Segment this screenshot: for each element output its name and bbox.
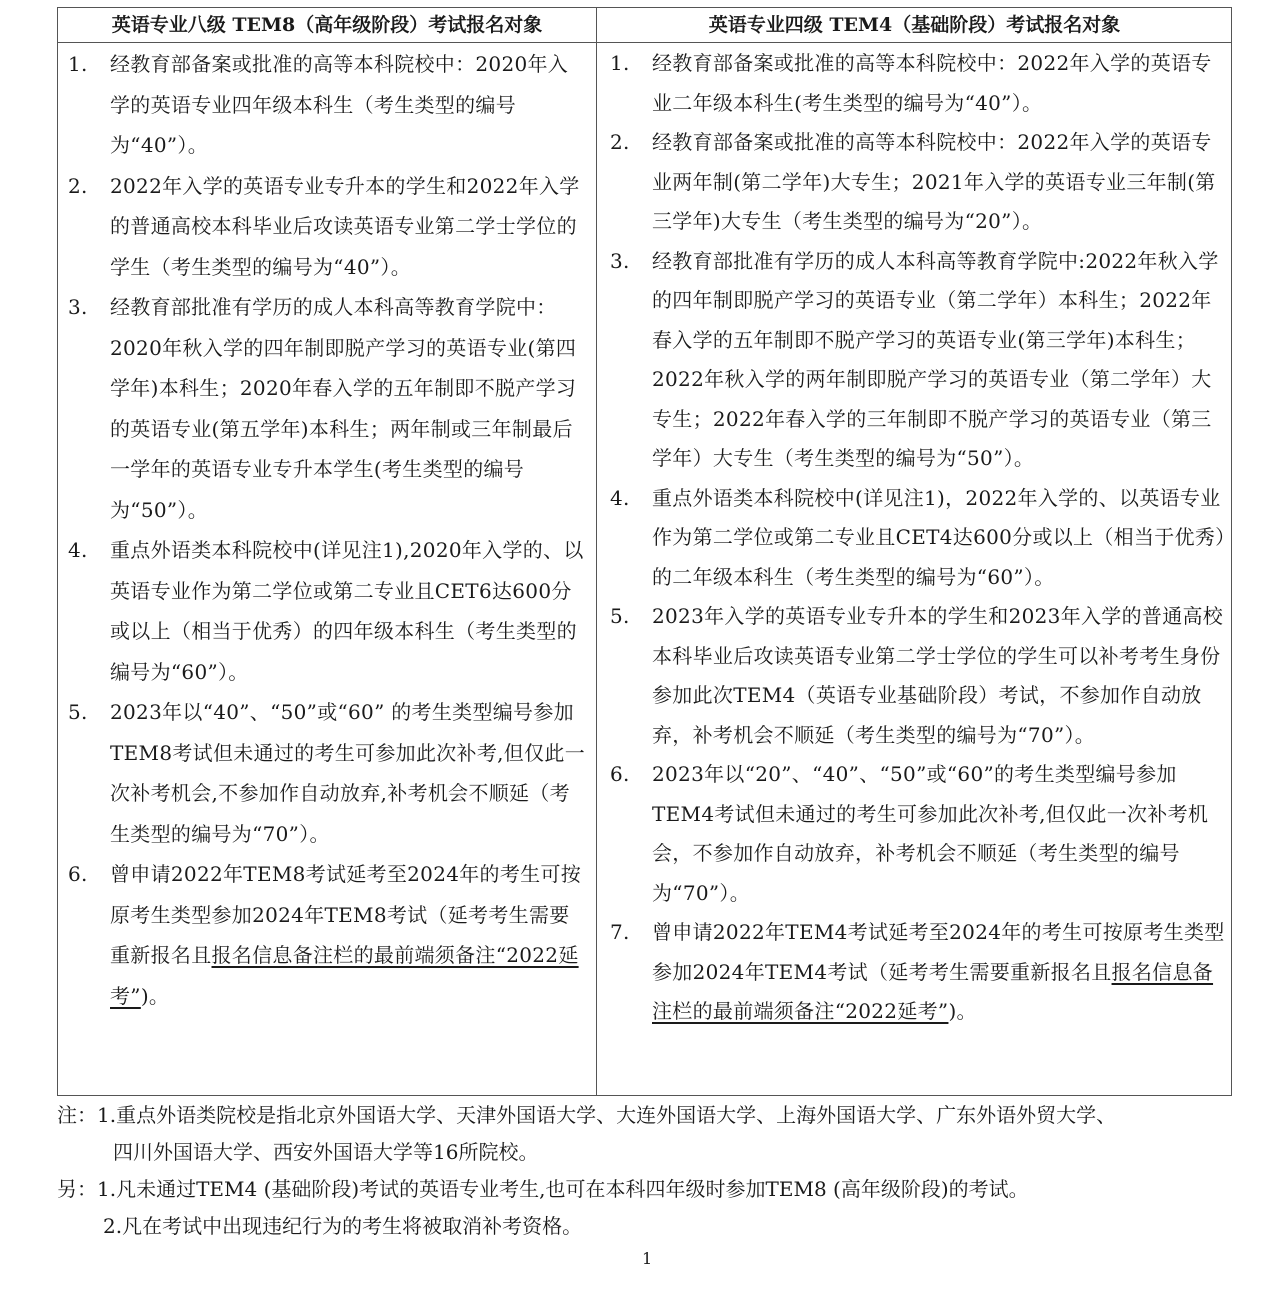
table-header-row: 英语专业八级 TEM8（高年级阶段）考试报名对象 英语专业四级 TEM4（基础阶… — [58, 8, 1231, 43]
item-text: 2022年入学的英语专业专升本的学生和2022年入学的普通高校本科毕业后攻读英语… — [110, 174, 580, 279]
tem8-column: 1.经教育部备案或批准的高等本科院校中：2020年入学的英语专业四年级本科生（考… — [64, 44, 588, 1016]
additional-note-1: 另：1.凡未通过TEM4 (基础阶段)考试的英语专业考生,也可在本科四年级时参加… — [57, 1171, 1257, 1208]
item-number: 2. — [610, 123, 630, 163]
item-number: 4. — [68, 530, 88, 571]
tem8-item: 4.重点外语类本科院校中(详见注1),2020年入学的、以英语专业作为第二学位或… — [64, 530, 588, 692]
tem4-header: 英语专业四级 TEM4（基础阶段）考试报名对象 — [598, 8, 1231, 42]
tem8-item: 2.2022年入学的英语专业专升本的学生和2022年入学的普通高校本科毕业后攻读… — [64, 166, 588, 288]
item-text-end: )。 — [948, 999, 976, 1023]
tem4-item: 1.经教育部备案或批准的高等本科院校中：2022年入学的英语专业二年级本科生(考… — [606, 44, 1226, 123]
tem8-item: 5.2023年以“40”、“50”或“60” 的考生类型编号参加TEM8考试但未… — [64, 692, 588, 854]
item-number: 3. — [68, 287, 88, 328]
item-text: 经教育部备案或批准的高等本科院校中：2022年入学的英语专业两年制(第二学年)大… — [652, 130, 1216, 233]
tem8-item: 6.曾申请2022年TEM8考试延考至2024年的考生可按原考生类型参加2024… — [64, 854, 588, 1016]
note-1: 注：1.重点外语类院校是指北京外国语大学、天津外国语大学、大连外国语大学、上海外… — [57, 1097, 1257, 1134]
tem4-column: 1.经教育部备案或批准的高等本科院校中：2022年入学的英语专业二年级本科生(考… — [606, 44, 1226, 1032]
item-number: 3. — [610, 242, 630, 282]
item-text: 2023年以“20”、“40”、“50”或“60”的考生类型编号参加TEM4考试… — [652, 762, 1208, 905]
tem4-item: 4.重点外语类本科院校中(详见注1)，2022年入学的、以英语专业作为第二学位或… — [606, 479, 1226, 598]
tem8-item: 3.经教育部批准有学历的成人本科高等教育学院中：2020年秋入学的四年制即脱产学… — [64, 287, 588, 530]
item-text: 2023年以“40”、“50”或“60” 的考生类型编号参加TEM8考试但未通过… — [110, 700, 585, 846]
item-text: 经教育部备案或批准的高等本科院校中：2022年入学的英语专业二年级本科生(考生类… — [652, 51, 1212, 115]
tem4-item: 6.2023年以“20”、“40”、“50”或“60”的考生类型编号参加TEM4… — [606, 755, 1226, 913]
item-text: 经教育部备案或批准的高等本科院校中：2020年入学的英语专业四年级本科生（考生类… — [110, 52, 568, 157]
item-number: 4. — [610, 479, 630, 519]
item-number: 5. — [610, 597, 630, 637]
column-divider — [596, 8, 597, 1095]
tem4-item: 3.经教育部批准有学历的成人本科高等教育学院中:2022年秋入学的四年制即脱产学… — [606, 242, 1226, 479]
item-text: 经教育部批准有学历的成人本科高等教育学院中：2020年秋入学的四年制即脱产学习的… — [110, 295, 576, 522]
tem4-item: 5.2023年入学的英语专业专升本的学生和2023年入学的普通高校本科毕业后攻读… — [606, 597, 1226, 755]
item-number: 7. — [610, 913, 630, 953]
registration-table: 英语专业八级 TEM8（高年级阶段）考试报名对象 英语专业四级 TEM4（基础阶… — [57, 7, 1232, 1096]
note-1-continued: 四川外国语大学、西安外国语大学等16所院校。 — [57, 1134, 1257, 1171]
item-text: 重点外语类本科院校中(详见注1)，2022年入学的、以英语专业作为第二学位或第二… — [652, 486, 1225, 589]
page-number: 1 — [642, 1249, 652, 1268]
item-text: 2023年入学的英语专业专升本的学生和2023年入学的普通高校本科毕业后攻读英语… — [652, 604, 1223, 747]
item-text-end: )。 — [141, 984, 169, 1008]
item-text: 重点外语类本科院校中(详见注1),2020年入学的、以英语专业作为第二学位或第二… — [110, 538, 584, 684]
tem8-header: 英语专业八级 TEM8（高年级阶段）考试报名对象 — [58, 8, 596, 42]
item-number: 6. — [68, 854, 88, 895]
item-number: 5. — [68, 692, 88, 733]
item-number: 2. — [68, 166, 88, 207]
item-number: 1. — [610, 44, 630, 84]
tem8-item: 1.经教育部备案或批准的高等本科院校中：2020年入学的英语专业四年级本科生（考… — [64, 44, 588, 166]
footnotes: 注：1.重点外语类院校是指北京外国语大学、天津外国语大学、大连外国语大学、上海外… — [57, 1097, 1257, 1245]
item-number: 6. — [610, 755, 630, 795]
tem4-item: 7.曾申请2022年TEM4考试延考至2024年的考生可按原考生类型参加2024… — [606, 913, 1226, 1032]
item-number: 1. — [68, 44, 88, 85]
tem4-item: 2.经教育部备案或批准的高等本科院校中：2022年入学的英语专业两年制(第二学年… — [606, 123, 1226, 242]
additional-note-2: 2.凡在考试中出现违纪行为的考生将被取消补考资格。 — [57, 1208, 1257, 1245]
item-text: 经教育部批准有学历的成人本科高等教育学院中:2022年秋入学的四年制即脱产学习的… — [652, 249, 1219, 471]
